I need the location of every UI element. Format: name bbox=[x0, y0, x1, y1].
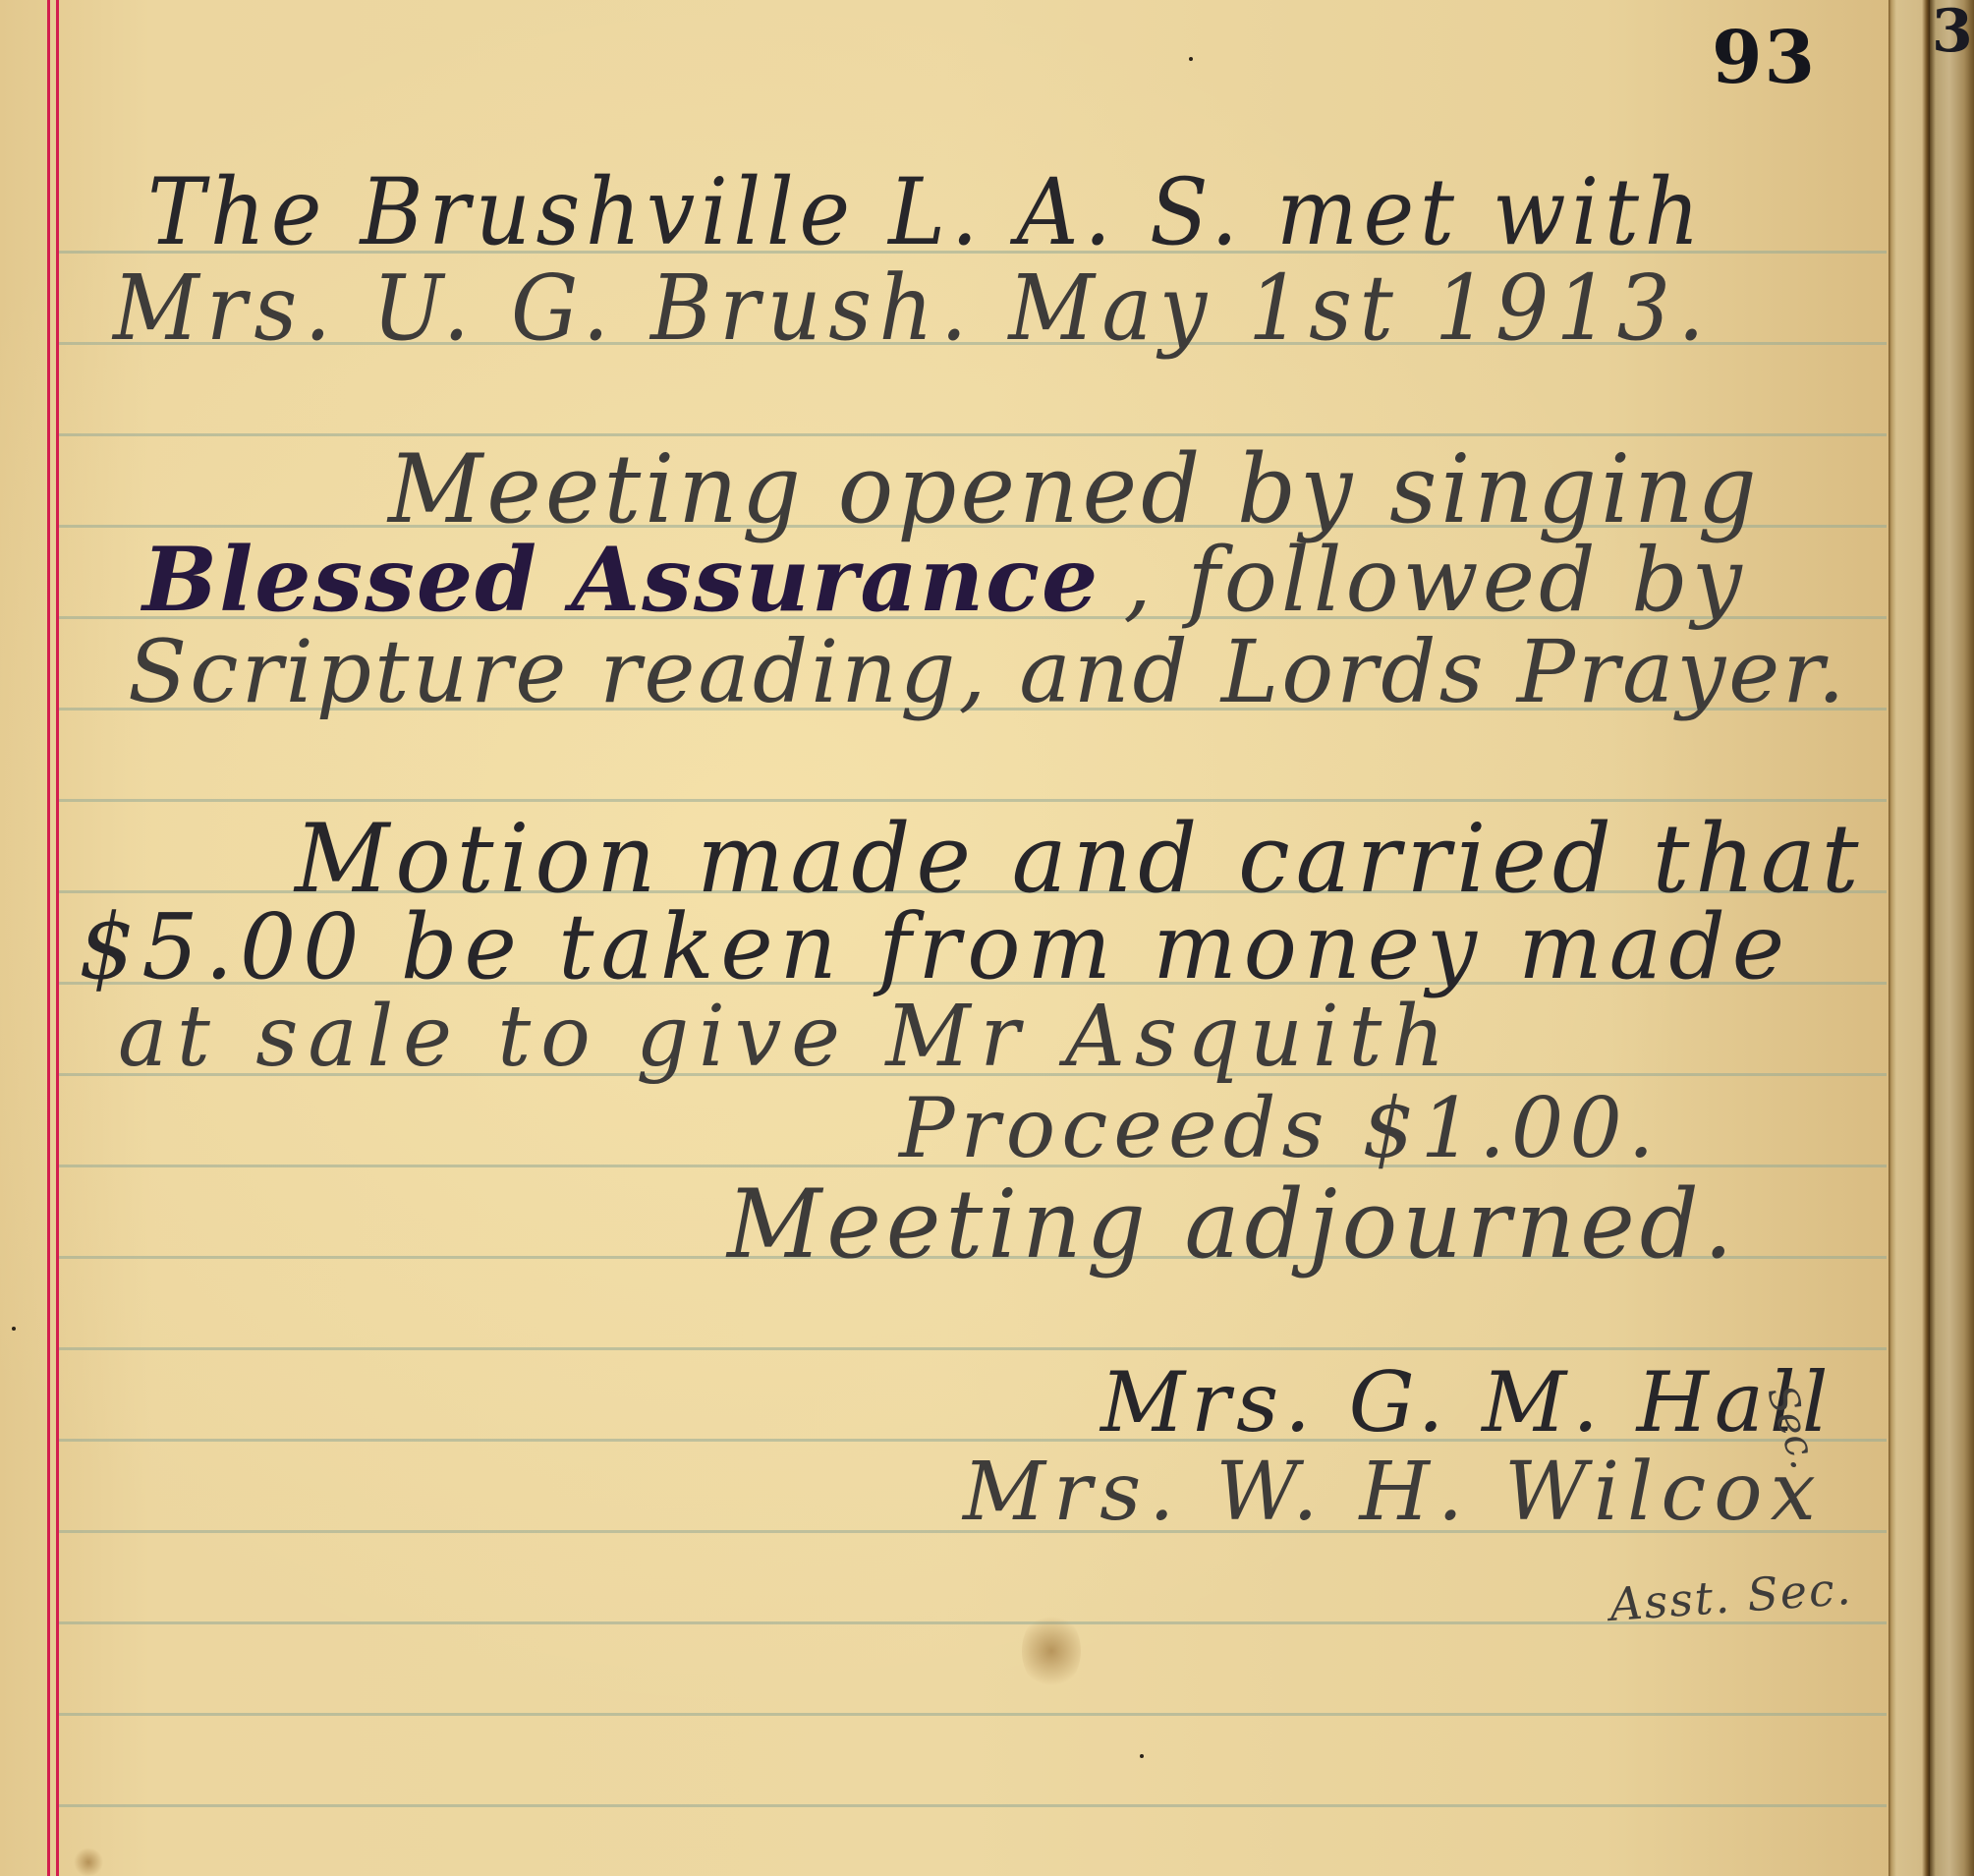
ruled-line bbox=[59, 1347, 1887, 1350]
foxing-stain-small bbox=[74, 1848, 103, 1876]
heading-line-2: Mrs. U. G. Brush. May 1st 1913. bbox=[113, 263, 1712, 354]
motion-line-1: Motion made and carried that bbox=[295, 812, 1864, 906]
underlying-page-number-fragment: 3 bbox=[1932, 2, 1974, 61]
opening-line-1: Meeting opened by singing bbox=[388, 442, 1761, 537]
underlying-page-edge bbox=[1930, 0, 1974, 1876]
foxing-stain bbox=[1022, 1612, 1081, 1690]
assistant-secretary-name: Mrs. W. H. Wilcox bbox=[963, 1446, 1824, 1539]
proceeds-line: Proceeds $1.00. bbox=[899, 1087, 1660, 1169]
paper-speck bbox=[1189, 57, 1193, 61]
signature-assistant-secretary: Mrs. W. H. Wilcox bbox=[963, 1452, 1824, 1533]
motion-line-3: at sale to give Mr Asquith bbox=[118, 995, 1454, 1079]
heading-line-1: The Brushville L. A. S. met with bbox=[147, 167, 1705, 259]
paper-speck bbox=[1140, 1754, 1144, 1758]
ruled-line bbox=[59, 799, 1887, 802]
meeting-adjourned: Meeting adjourned. bbox=[727, 1177, 1738, 1272]
opening-line-2: Blessed Assurance , followed by bbox=[142, 536, 1746, 625]
ruled-line bbox=[59, 1804, 1887, 1807]
red-margin-line-inner bbox=[56, 0, 59, 1876]
opening-line-3: Scripture reading, and Lords Prayer. bbox=[128, 629, 1848, 715]
page-number: 93 bbox=[1712, 22, 1817, 94]
followed-by-text: , followed by bbox=[1123, 529, 1745, 632]
hymn-title: Blessed Assurance bbox=[142, 528, 1100, 632]
motion-line-2: $5.00 be taken from money made bbox=[79, 902, 1791, 993]
adjacent-page-edge bbox=[1889, 0, 1930, 1876]
paper-speck bbox=[12, 1327, 16, 1331]
red-margin-line-outer bbox=[47, 0, 50, 1876]
secretary-name: Mrs. G. M. Hall bbox=[1100, 1354, 1834, 1450]
signature-secretary: Mrs. G. M. Hall bbox=[1100, 1361, 1834, 1444]
ruled-line bbox=[59, 1713, 1887, 1716]
